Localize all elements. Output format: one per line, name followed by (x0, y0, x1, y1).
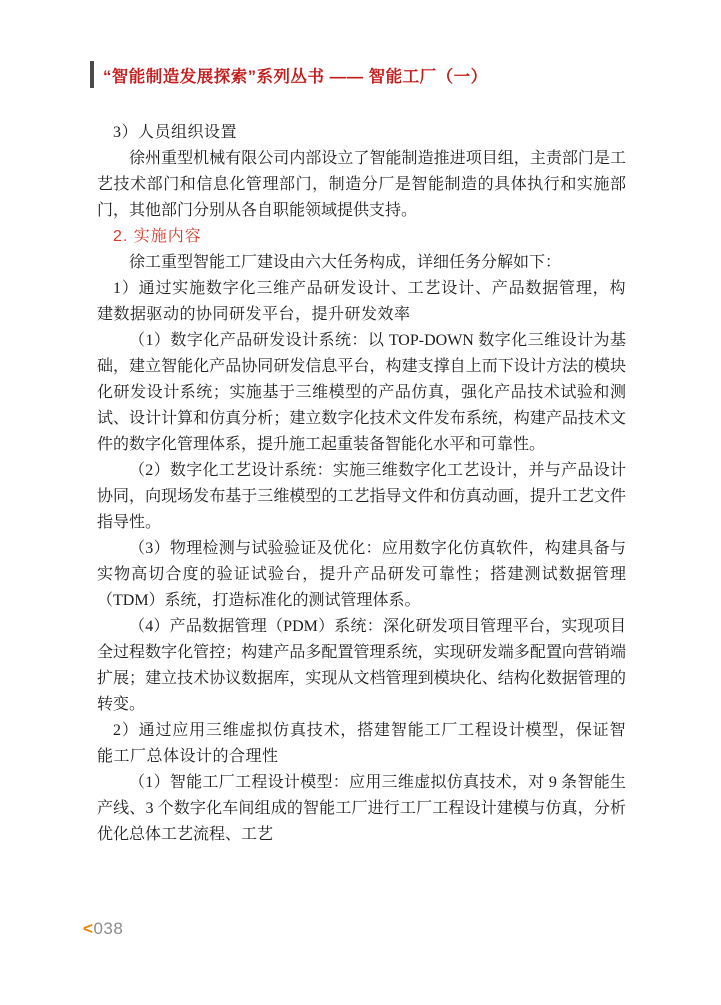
header-divider-bar (90, 61, 94, 88)
task-1-heading: 1）通过实施数字化三维产品研发设计、工艺设计、产品数据管理，构建数据驱动的协同研… (97, 276, 626, 328)
task-1-item-4: （4）产品数据管理（PDM）系统：深化研发项目管理平台，实现项目全过程数字化管控… (97, 614, 626, 718)
page-footer: <038 (83, 919, 123, 939)
task-1-item-2: （2）数字化工艺设计系统：实施三维数字化工艺设计，并与产品设计协同，向现场发布基… (97, 458, 626, 536)
task-2-heading: 2）通过应用三维虚拟仿真技术，搭建智能工厂工程设计模型，保证智能工厂总体设计的合… (97, 718, 626, 770)
running-header: “智能制造发展探索”系列丛书 —— 智能工厂（一） (90, 61, 488, 88)
task-1-item-1: （1）数字化产品研发设计系统：以 TOP-DOWN 数字化三维设计为基础，建立智… (97, 328, 626, 458)
section-heading-implementation: 2. 实施内容 (97, 224, 626, 250)
task-2-item-1: （1）智能工厂工程设计模型：应用三维虚拟仿真技术，对 9 条智能生产线、3 个数… (97, 770, 626, 848)
series-title: “智能制造发展探索”系列丛书 —— 智能工厂（一） (103, 63, 488, 87)
task-1-item-3: （3）物理检测与试验验证及优化：应用数字化仿真软件，构建具备与实物高切合度的验证… (97, 536, 626, 614)
book-page: “智能制造发展探索”系列丛书 —— 智能工厂（一） 3）人员组织设置 徐州重型机… (0, 0, 721, 1005)
paragraph-intro-tasks: 徐工重型智能工厂建设由六大任务构成，详细任务分解如下： (97, 250, 626, 276)
page-content: 3）人员组织设置 徐州重型机械有限公司内部设立了智能制造推进项目组，主责部门是工… (97, 120, 626, 848)
footer-arrow-marker: < (83, 919, 93, 938)
page-number: 038 (93, 919, 123, 938)
paragraph-organization: 徐州重型机械有限公司内部设立了智能制造推进项目组，主责部门是工艺技术部门和信息化… (97, 146, 626, 224)
subsection-heading-personnel: 3）人员组织设置 (97, 120, 626, 146)
